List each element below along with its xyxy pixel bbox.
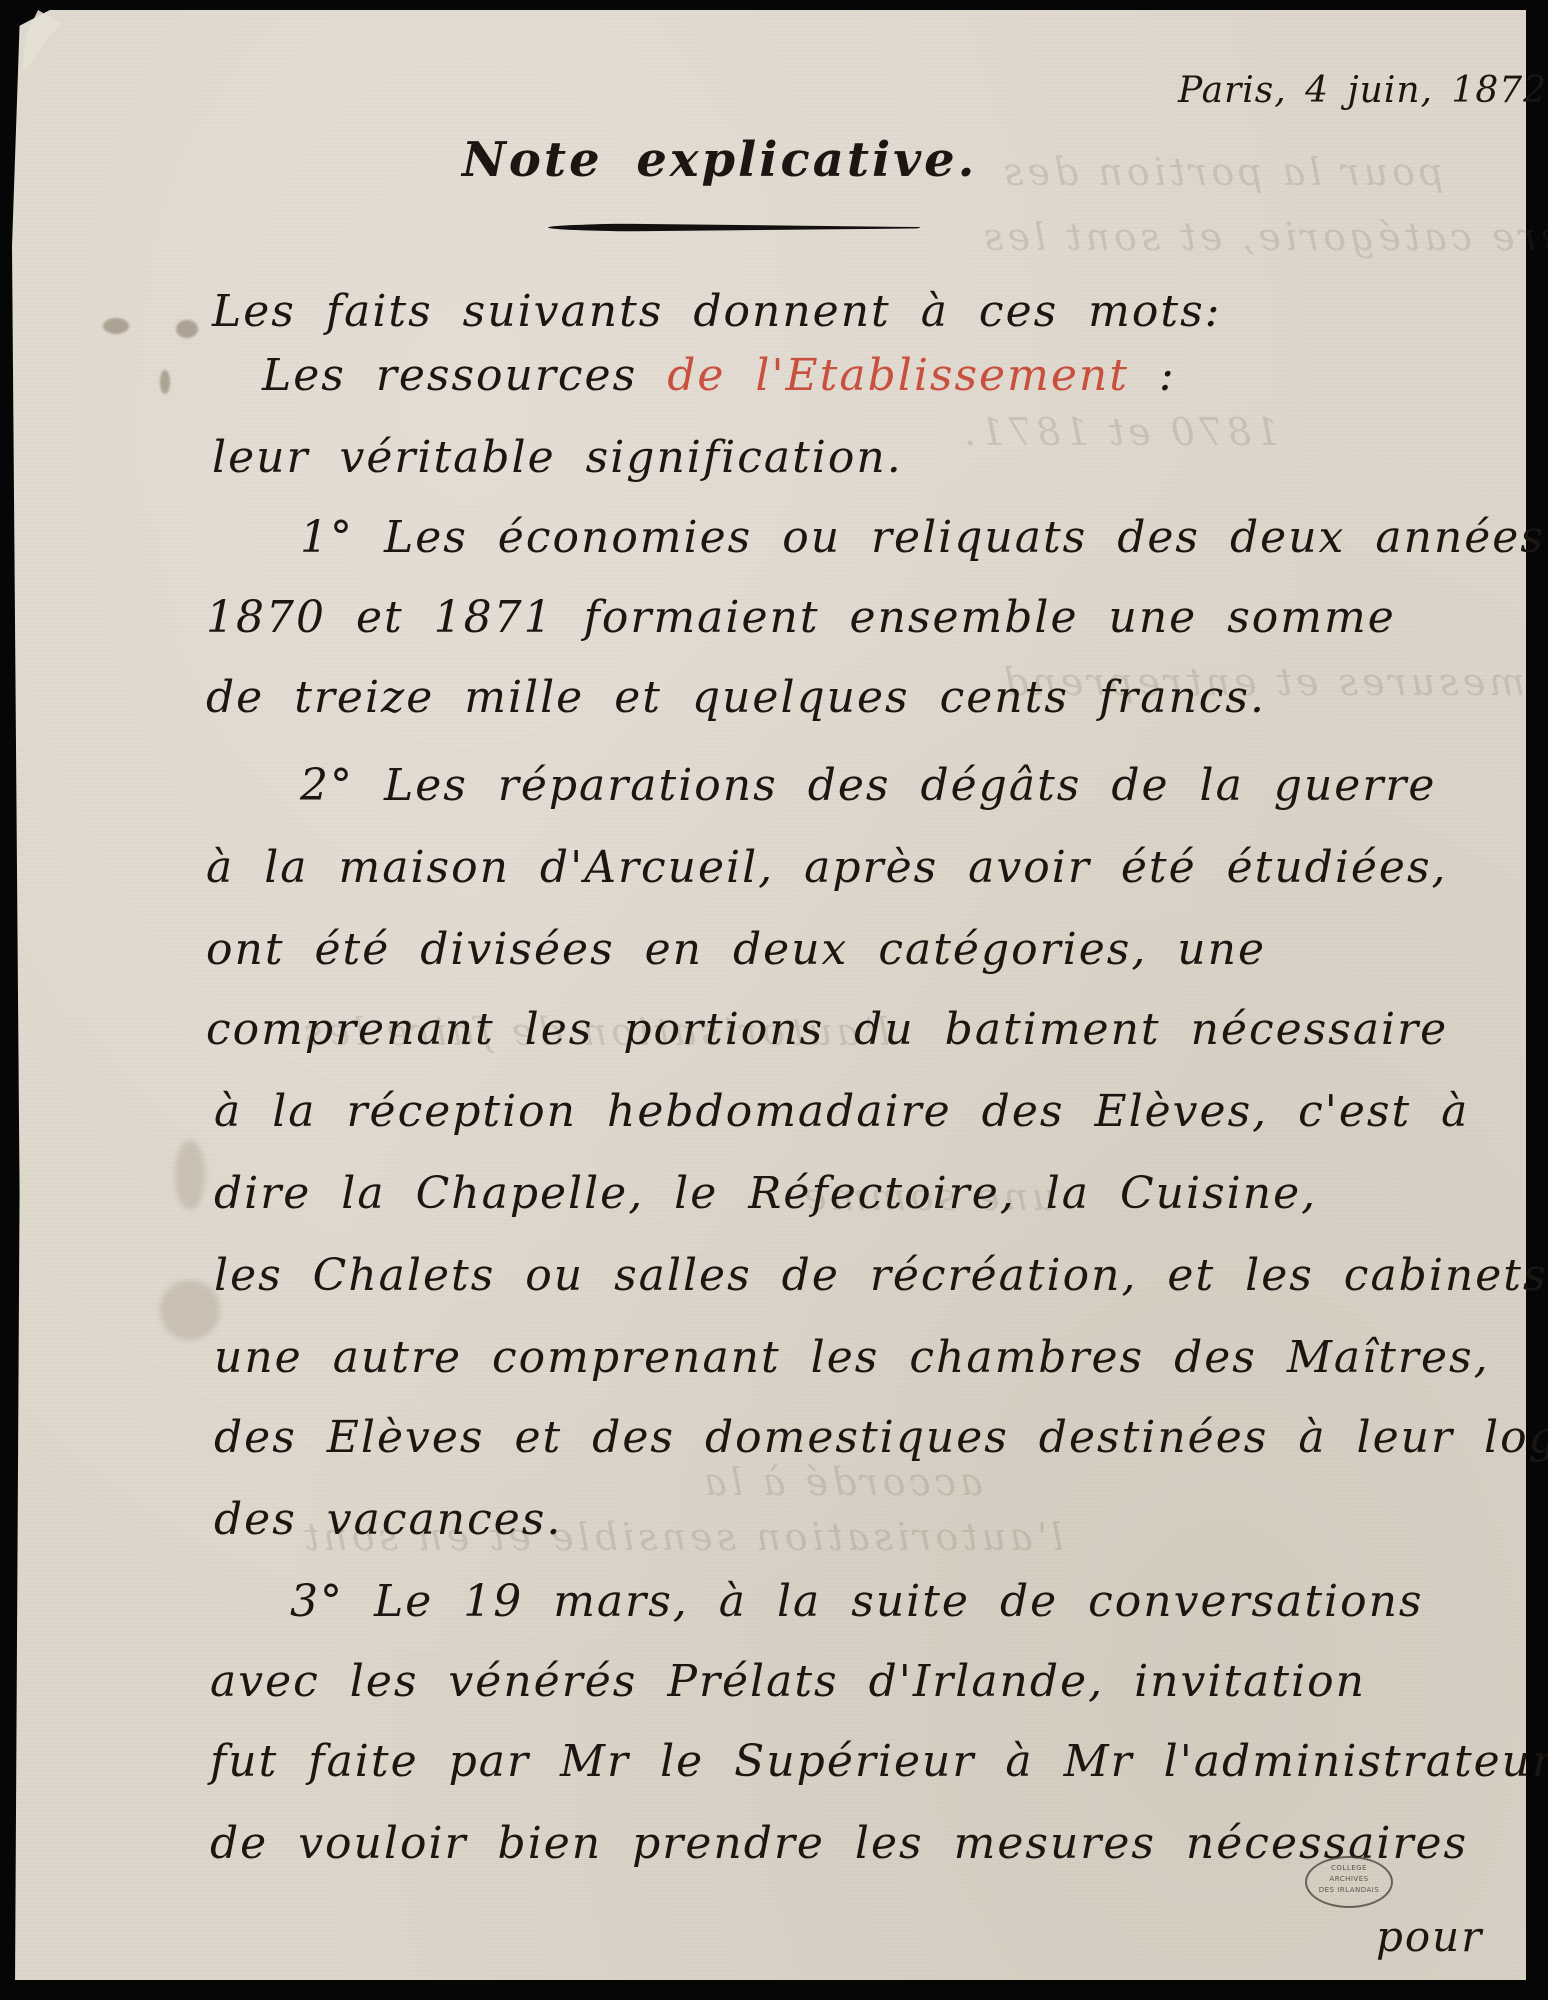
stamp-line-2: ARCHIVES — [1307, 1874, 1391, 1885]
body-line-1: Les faits suivants donnent à ces mots: — [212, 286, 1221, 337]
body-line-7: 2° Les réparations des dégâts de la guer… — [300, 760, 1436, 811]
body-line-8: à la maison d'Arcueil, après avoir été é… — [206, 842, 1448, 893]
body-line-2-end: : — [1159, 350, 1176, 401]
body-line-15: des Elèves et des domestiques destinées … — [214, 1412, 1548, 1463]
document-scan: pour la portion des première catégorie, … — [0, 0, 1548, 2000]
body-line-3: leur véritable signification. — [212, 432, 903, 483]
catchword: pour — [1376, 1912, 1483, 1961]
body-line-2-black: Les ressources — [262, 350, 637, 401]
finger-smudge — [160, 1280, 220, 1340]
body-line-20: de vouloir bien prendre les mesures néce… — [210, 1818, 1468, 1869]
body-line-17: 3° Le 19 mars, à la suite de conversatio… — [290, 1576, 1424, 1627]
body-line-2: Les ressources de l'Etablissement : — [262, 350, 1176, 401]
body-line-11: à la réception hebdomadaire des Elèves, … — [214, 1086, 1469, 1137]
place-date: Paris, 4 juin, 1872. — [1178, 70, 1548, 111]
body-line-12: dire la Chapelle, le Réfectoire, la Cuis… — [214, 1168, 1317, 1219]
body-line-5: 1870 et 1871 formaient ensemble une somm… — [206, 592, 1396, 643]
body-line-13: les Chalets ou salles de récréation, et … — [214, 1250, 1548, 1301]
archive-stamp: COLLEGE ARCHIVES DES IRLANDAIS — [1305, 1856, 1393, 1908]
document-title: Note explicative. — [462, 132, 977, 188]
finger-smudge — [175, 1140, 205, 1210]
ink-stain — [160, 370, 170, 394]
ink-stain — [176, 320, 198, 338]
stamp-line-3: DES IRLANDAIS — [1307, 1885, 1391, 1896]
body-line-4: 1° Les économies ou reliquats des deux a… — [300, 512, 1545, 563]
body-line-6: de treize mille et quelques cents francs… — [206, 672, 1266, 723]
body-line-9: ont été divisées en deux catégories, une — [206, 924, 1266, 975]
body-line-10: comprenant les portions du batiment néce… — [206, 1004, 1448, 1055]
body-line-2-red: de l'Etablissement — [667, 350, 1129, 401]
stamp-line-1: COLLEGE — [1307, 1863, 1391, 1874]
body-line-16: des vacances. — [214, 1494, 562, 1545]
body-line-18: avec les vénérés Prélats d'Irlande, invi… — [210, 1656, 1366, 1707]
body-line-14: une autre comprenant les chambres des Ma… — [214, 1332, 1490, 1383]
body-line-19: fut faite par Mr le Supérieur à Mr l'adm… — [210, 1736, 1548, 1787]
ink-stain — [103, 318, 129, 334]
